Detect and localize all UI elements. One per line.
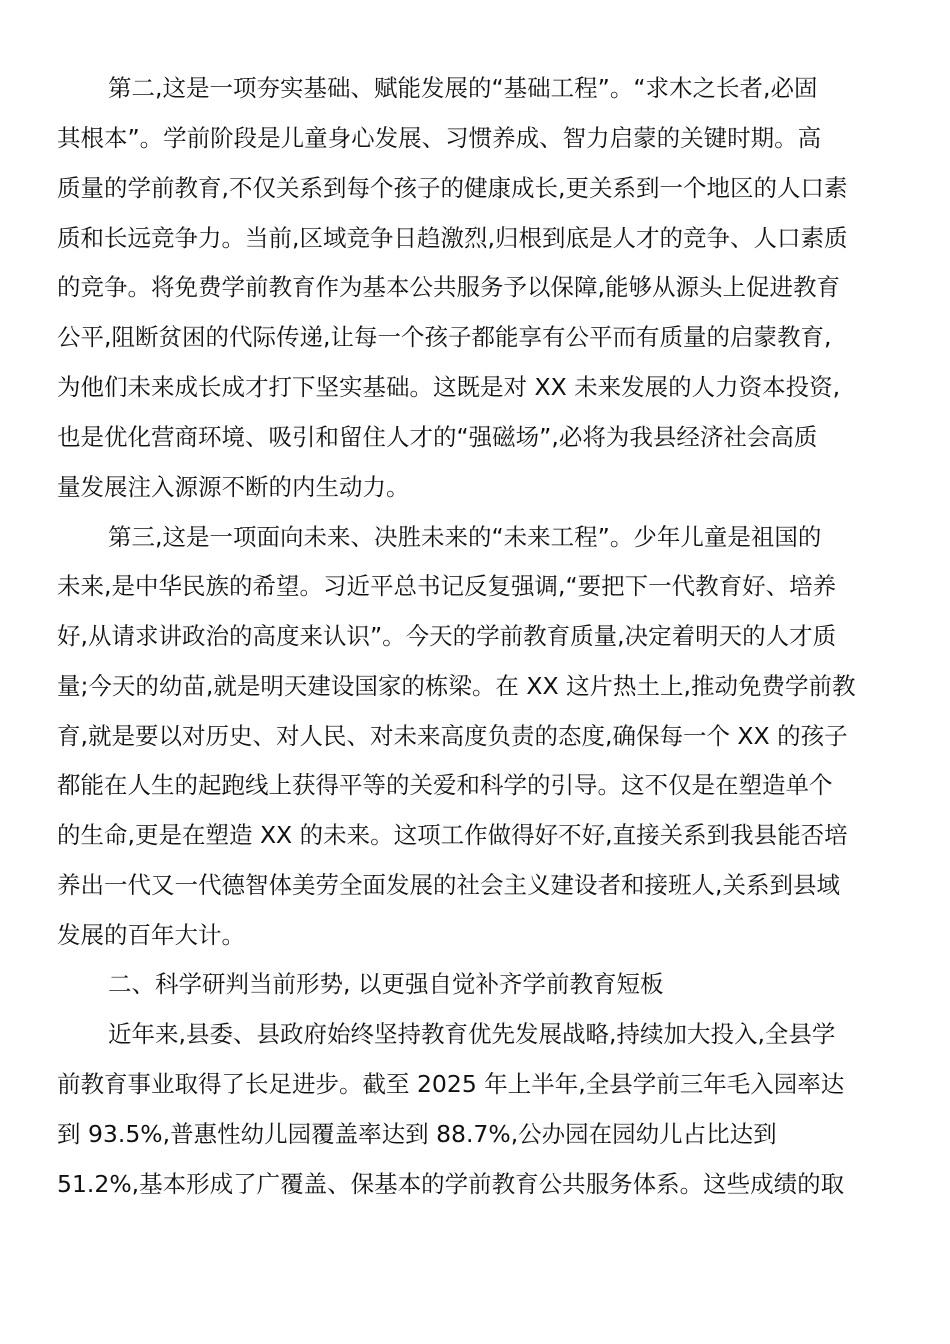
paragraph-2-line-5: 的竞争。将免费学前教育作为基本公共服务予以保障,能够从源头上促进教育 xyxy=(57,267,907,307)
paragraph-4-line-3: 到 93.5%,普惠性幼儿园覆盖率达到 88.7%,公办园在园幼儿占比达到 xyxy=(57,1114,907,1154)
paragraph-3-line-9: 发展的百年大计。 xyxy=(57,915,907,955)
paragraph-2-line-4: 质和长远竞争力。当前,区域竞争日趋激烈,归根到底是人才的竞争、人口素质 xyxy=(57,218,907,258)
paragraph-3-line-2: 未来,是中华民族的希望。习近平总书记反复强调,“要把下一代教育好、培养 xyxy=(57,566,907,606)
paragraph-2-line-8: 也是优化营商环境、吸引和留住人才的“强磁场”,必将为我县经济社会高质 xyxy=(57,417,907,457)
paragraph-2-line-9: 量发展注入源源不断的内生动力。 xyxy=(57,467,907,507)
paragraph-4-line-2: 前教育事业取得了长足进步。截至 2025 年上半年,全县学前三年毛入园率达 xyxy=(57,1064,907,1104)
paragraph-2-line-6: 公平,阻断贫困的代际传递,让每一个孩子都能享有公平而有质量的启蒙教育, xyxy=(57,317,907,357)
paragraph-3-line-7: 的生命,更是在塑造 XX 的未来。这项工作做得好不好,直接关系到我县能否培 xyxy=(57,815,907,855)
paragraph-2-line-7: 为他们未来成长成才打下坚实基础。这既是对 XX 未来发展的人力资本投资, xyxy=(57,367,907,407)
paragraph-4-line-4: 51.2%,基本形成了广覆盖、保基本的学前教育公共服务体系。这些成绩的取 xyxy=(57,1164,907,1204)
paragraph-4-line-1: 近年来,县委、县政府始终坚持教育优先发展战略,持续加大投入,全县学 xyxy=(108,1014,908,1054)
paragraph-3-line-5: 育,就是要以对历史、对人民、对未来高度负责的态度,确保每一个 XX 的孩子 xyxy=(57,716,907,756)
paragraph-3-line-8: 养出一代又一代德智体美劳全面发展的社会主义建设者和接班人,关系到县域 xyxy=(57,865,907,905)
paragraph-3-line-4: 量;今天的幼苗,就是明天建设国家的栋梁。在 XX 这片热土上,推动免费学前教 xyxy=(57,666,907,706)
document-page: 第二,这是一项夯实基础、赋能发展的“基础工程”。“求木之长者,必固 其根本”。学… xyxy=(0,0,950,1344)
paragraph-3-line-3: 好,从请求讲政治的高度来认识”。今天的学前教育质量,决定着明天的人才质 xyxy=(57,616,907,656)
paragraph-2-line-3: 质量的学前教育,不仅关系到每个孩子的健康成长,更关系到一个地区的人口素 xyxy=(57,168,907,208)
section-heading: 二、科学研判当前形势, 以更强自觉补齐学前教育短板 xyxy=(108,964,908,1004)
paragraph-3-line-1: 第三,这是一项面向未来、决胜未来的“未来工程”。少年儿童是祖国的 xyxy=(108,517,908,557)
paragraph-3-line-6: 都能在人生的起跑线上获得平等的关爱和科学的引导。这不仅是在塑造单个 xyxy=(57,765,907,805)
paragraph-2-line-1: 第二,这是一项夯实基础、赋能发展的“基础工程”。“求木之长者,必固 xyxy=(108,68,908,108)
paragraph-2-line-2: 其根本”。学前阶段是儿童身心发展、习惯养成、智力启蒙的关键时期。高 xyxy=(57,118,907,158)
